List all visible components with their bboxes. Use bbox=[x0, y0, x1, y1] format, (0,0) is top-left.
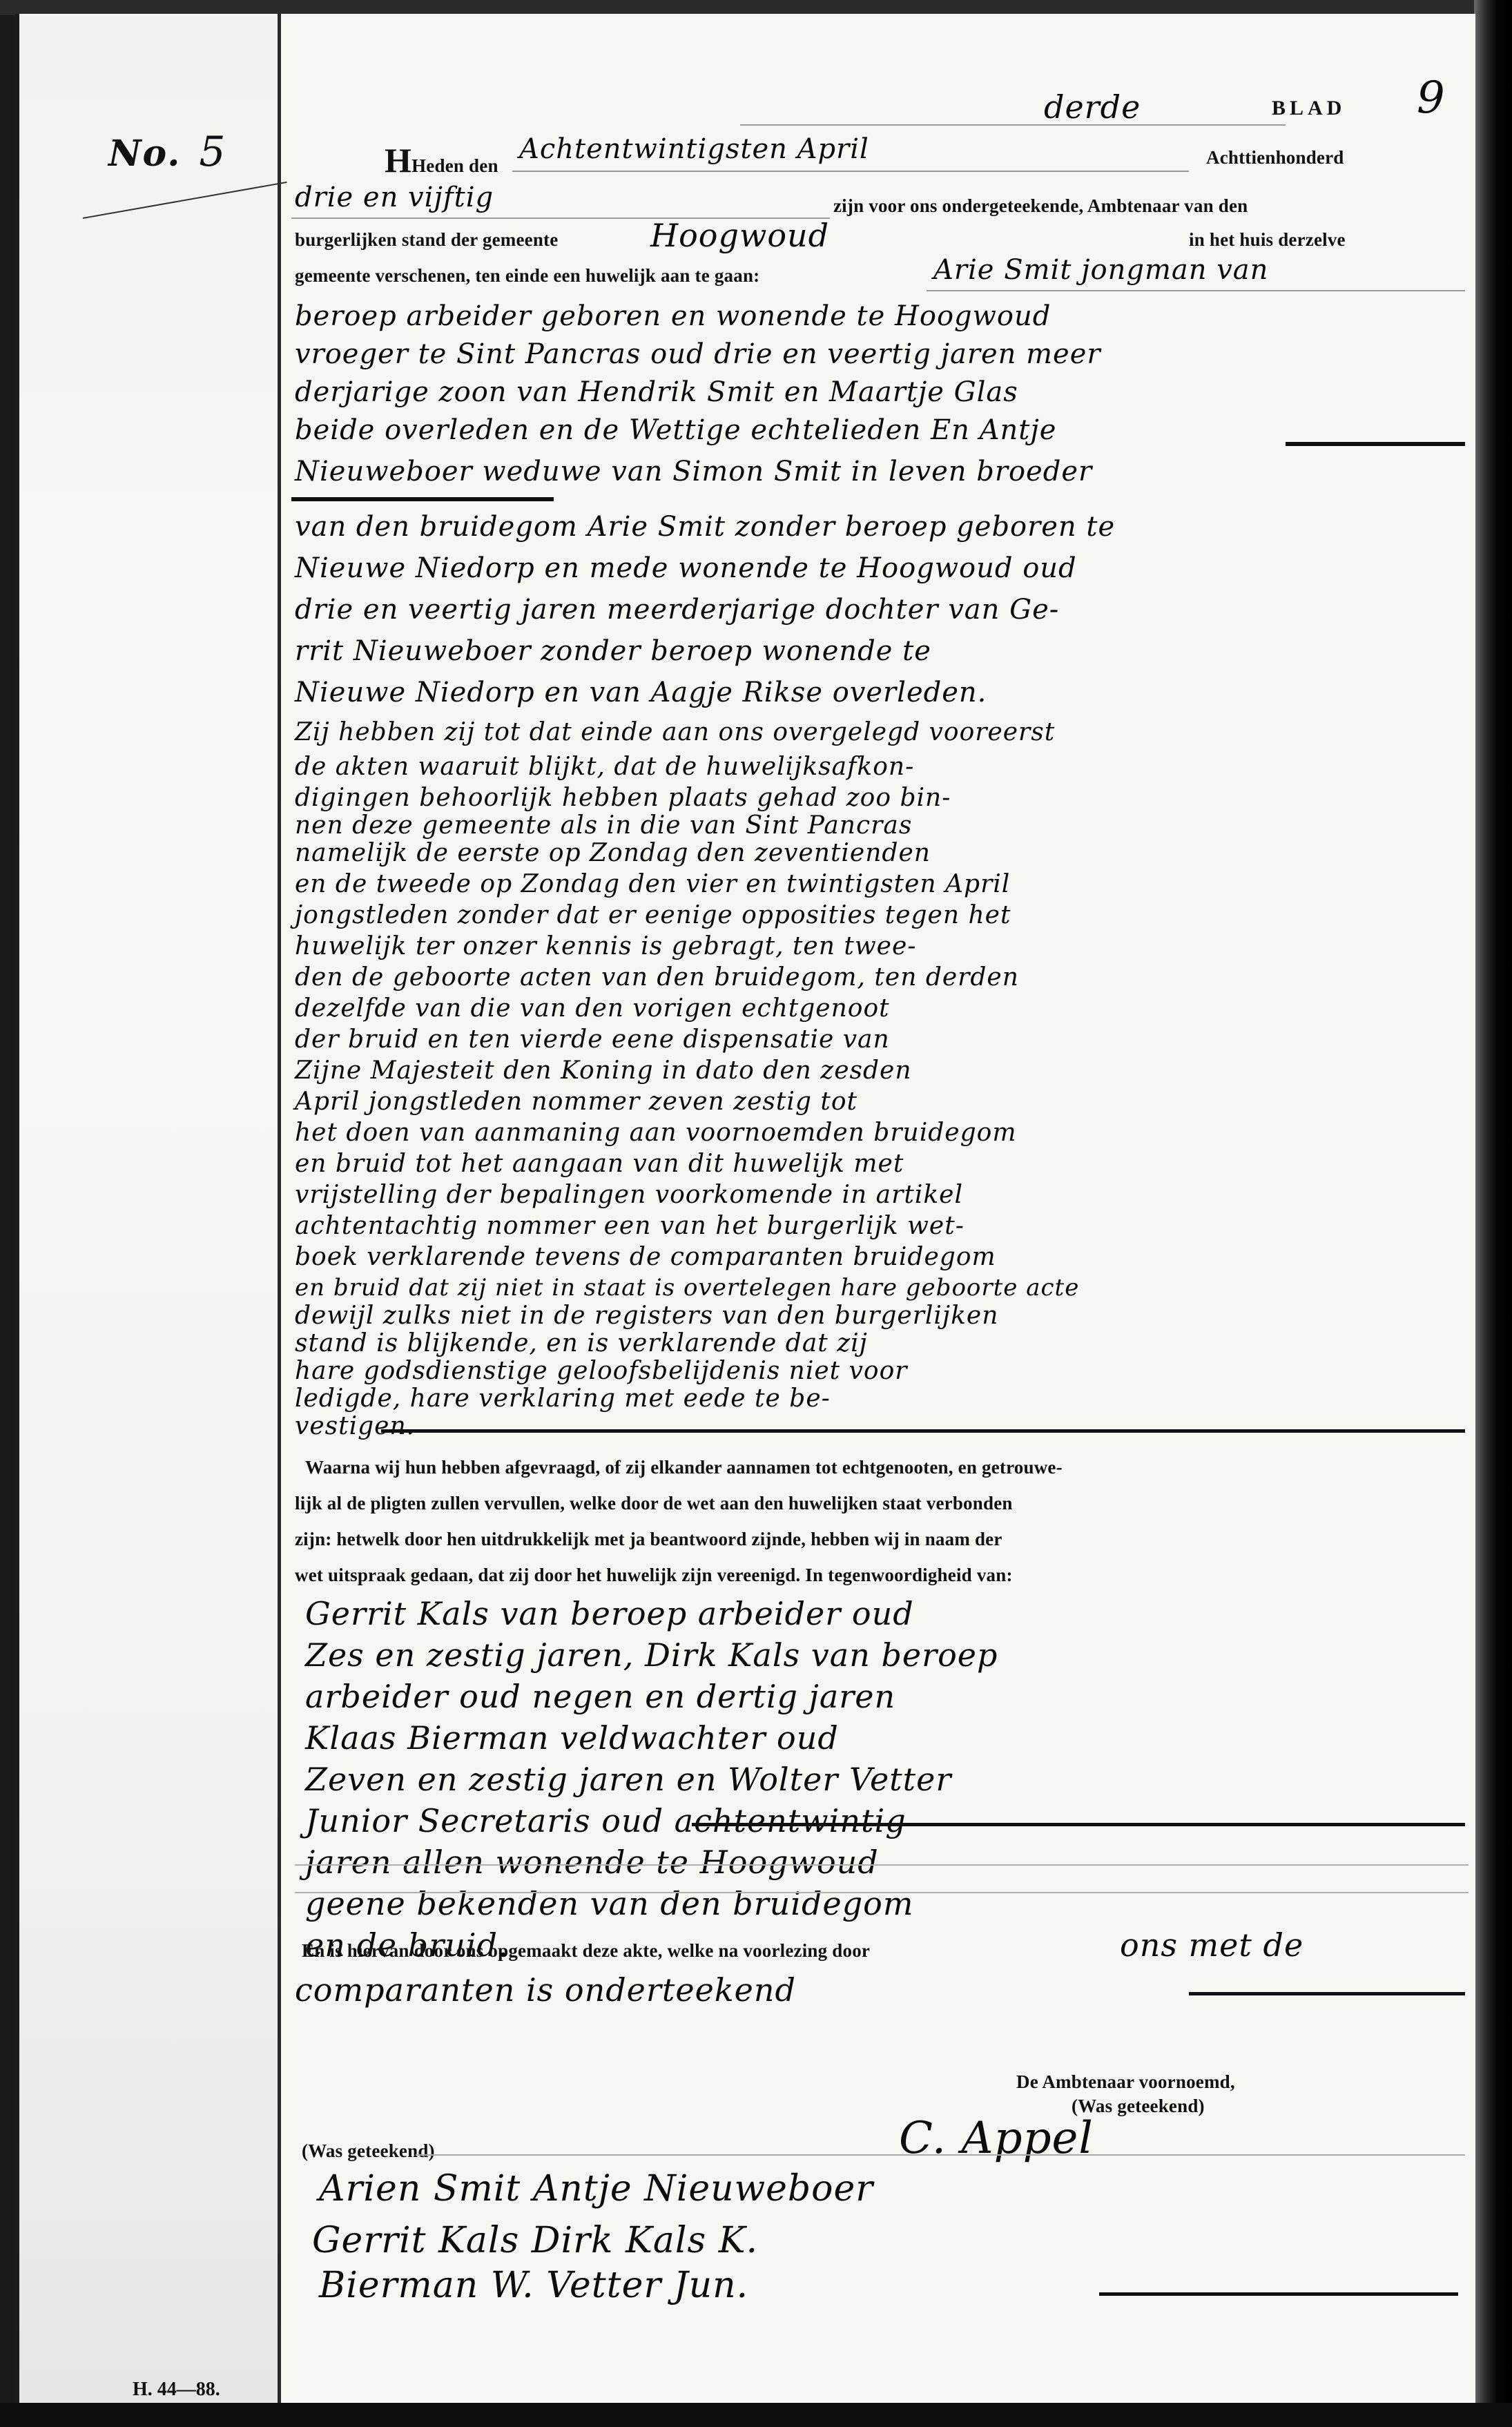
official-line-label: zijn voor ons ondergeteekende, Ambtenaar… bbox=[833, 195, 1248, 217]
scan-right-edge bbox=[1474, 0, 1512, 2427]
body-line: April jongstleden nommer zeven zestig to… bbox=[295, 1087, 857, 1116]
margin-divider-rule bbox=[278, 14, 281, 2404]
date-rule bbox=[512, 171, 1189, 172]
body-line: Nieuweboer weduwe van Simon Smit in leve… bbox=[295, 456, 1092, 487]
scan-top-edge bbox=[0, 0, 1512, 15]
body-line: beroep arbeider geboren en wonende te Ho… bbox=[295, 300, 1051, 332]
heden-den-label: HHeden den bbox=[385, 140, 498, 180]
signature-line: Gerrit Kals Dirk Kals K. bbox=[312, 2220, 758, 2261]
record-number: No.5 bbox=[108, 128, 227, 176]
record-number-label: No. bbox=[108, 133, 181, 175]
body-line: digingen behoorlijk hebben plaats gehad … bbox=[295, 784, 951, 812]
witness-line: Junior Secretaris oud achtentwintig bbox=[305, 1802, 907, 1839]
signature-line: Bierman W. Vetter Jun. bbox=[319, 2265, 748, 2306]
official-label: De Ambtenaar voornoemd, bbox=[1016, 2071, 1235, 2093]
body-line: stand is blijkende, en is verklarende da… bbox=[295, 1329, 868, 1357]
body-line: beide overleden en de Wettige echteliede… bbox=[295, 414, 1056, 446]
line-filler-bar bbox=[291, 497, 554, 501]
municipality-handwritten: Hoogwoud bbox=[650, 217, 829, 254]
body-line: huwelijk ter onzer kennis is gebragt, te… bbox=[295, 932, 916, 960]
sheet-rule bbox=[740, 124, 1286, 126]
witness-line: jaren allen wonende te Hoogwoud bbox=[305, 1844, 879, 1881]
body-line: en bruid dat zij niet in staat is overte… bbox=[295, 1274, 1079, 1302]
body-line: het doen van aanmaning aan voornoemden b… bbox=[295, 1119, 1016, 1147]
achttienhonderd-label: Achttienhonderd bbox=[1206, 147, 1344, 168]
record-number-value: 5 bbox=[199, 128, 226, 176]
body-line: dewijl zulks niet in de registers van de… bbox=[295, 1302, 998, 1330]
gemeente-label: burgerlijken stand der gemeente bbox=[295, 229, 558, 251]
header-line-2: drie en vijftig zijn voor ons ondergetee… bbox=[291, 183, 1465, 224]
year-handwritten: drie en vijftig bbox=[295, 182, 494, 213]
vow-paragraph-line: wet uitspraak gedaan, dat zij door het h… bbox=[295, 1565, 1013, 1586]
body-line: ledigde, hare verklaring met eede te be- bbox=[295, 1384, 831, 1413]
closing-handwritten-1: ons met de bbox=[1120, 1926, 1303, 1964]
blank-rule bbox=[295, 1892, 1469, 1893]
outer-border-rule bbox=[15, 14, 19, 2404]
vow-paragraph-line: lijk al de pligten zullen vervullen, wel… bbox=[295, 1493, 1013, 1514]
witness-line: geene bekenden van den bruidegom bbox=[305, 1885, 913, 1922]
record-body: derde BLAD 9 HHeden den Achtentwintigste… bbox=[291, 14, 1465, 2404]
signature-rule bbox=[416, 2154, 1465, 2156]
left-margin-column: No.5 H. 44—88. bbox=[15, 14, 278, 2404]
body-line: vroeger te Sint Pancras oud drie en veer… bbox=[295, 338, 1101, 370]
sheet-label: BLAD bbox=[1272, 97, 1346, 120]
body-line: drie en veertig jaren meerderjarige doch… bbox=[295, 594, 1059, 626]
body-line: jongstleden zonder dat er eenige opposit… bbox=[295, 901, 1011, 929]
body-line: boek verklarende tevens de comparanten b… bbox=[295, 1243, 996, 1271]
body-line: der bruid en ten vierde eene dispensatie… bbox=[295, 1025, 890, 1054]
line-filler-bar bbox=[1189, 1992, 1465, 1995]
body-line: nen deze gemeente als in die van Sint Pa… bbox=[295, 811, 912, 840]
body-line: namelijk de eerste op Zondag den zeventi… bbox=[295, 839, 931, 867]
sheet-number-handwritten: derde bbox=[1044, 88, 1141, 126]
body-line: hare godsdienstige geloofsbelijdenis nie… bbox=[295, 1357, 907, 1385]
signature-line: Arien Smit Antje Nieuweboer bbox=[319, 2168, 873, 2210]
body-line: vestigen. bbox=[295, 1412, 415, 1440]
body-line: Nieuwe Niedorp en van Aagje Rikse overle… bbox=[295, 677, 987, 708]
body-line: Nieuwe Niedorp en mede wonende te Hoogwo… bbox=[295, 552, 1077, 584]
folio-mark: 9 bbox=[1417, 72, 1446, 124]
date-handwritten: Achtentwintigsten April bbox=[519, 133, 869, 165]
body-line: van den bruidegom Arie Smit zonder beroe… bbox=[295, 511, 1115, 543]
huis-derzelve-label: in het huis derzelve bbox=[1189, 229, 1346, 251]
body-line: Zij hebben zij tot dat einde aan ons ove… bbox=[295, 718, 1055, 746]
document-page: No.5 H. 44—88. derde BLAD 9 HHeden den A… bbox=[15, 14, 1475, 2404]
closing-handwritten-2: comparanten is onderteekend bbox=[295, 1971, 796, 2009]
body-line: vrijstelling der bepalingen voorkomende … bbox=[295, 1181, 963, 1209]
body-line: den de geboorte acten van den bruidegom,… bbox=[295, 963, 1019, 992]
witness-line: arbeider oud negen en dertig jaren bbox=[305, 1678, 895, 1715]
parties-signed-label: (Was geteekend) bbox=[302, 2140, 435, 2162]
vow-paragraph-line: zijn: hetwelk door hen uitdrukkelijk met… bbox=[295, 1529, 1002, 1550]
scan-bottom-edge bbox=[0, 2403, 1512, 2427]
line-filler-bar bbox=[1286, 442, 1465, 446]
body-line: achtentachtig nommer een van het burgerl… bbox=[295, 1212, 965, 1240]
line-filler-bar bbox=[1099, 2292, 1458, 2296]
line-filler-bar bbox=[381, 1429, 1465, 1433]
witness-line: Zeven en zestig jaren en Wolter Vetter bbox=[305, 1761, 951, 1798]
margin-flourish bbox=[83, 182, 287, 219]
body-line: derjarige zoon van Hendrik Smit en Maart… bbox=[295, 376, 1018, 408]
form-code: H. 44—88. bbox=[133, 2379, 220, 2401]
blank-rule bbox=[295, 1864, 1469, 1866]
verschenen-label: gemeente verschenen, ten einde een huwel… bbox=[295, 265, 759, 287]
witness-line: Zes en zestig jaren, Dirk Kals van beroe… bbox=[305, 1636, 998, 1674]
header-line-1: HHeden den Achtentwintigsten April Achtt… bbox=[291, 135, 1465, 176]
body-line: en bruid tot het aangaan van dit huwelij… bbox=[295, 1150, 904, 1178]
official-signature: C. Appel bbox=[899, 2113, 1094, 2164]
witness-line: Gerrit Kals van beroep arbeider oud bbox=[305, 1595, 914, 1632]
line-filler-bar bbox=[692, 1823, 1465, 1826]
vow-paragraph-line: Waarna wij hun hebben afgevraagd, of zij… bbox=[305, 1457, 1063, 1478]
witness-line: Klaas Bierman veldwachter oud bbox=[305, 1719, 839, 1757]
body-line: rrit Nieuweboer zonder beroep wonende te bbox=[295, 635, 931, 667]
body-line: de akten waaruit blijkt, dat de huwelijk… bbox=[295, 753, 914, 781]
body-line: en de tweede op Zondag den vier en twint… bbox=[295, 870, 1010, 898]
groom-rule bbox=[927, 290, 1465, 291]
body-line: Zijne Majesteit den Koning in dato den z… bbox=[295, 1056, 912, 1085]
header-line-4: gemeente verschenen, ten einde een huwel… bbox=[291, 255, 1465, 297]
body-line: dezelfde van die van den vorigen echtgen… bbox=[295, 994, 890, 1023]
groom-name-handwritten: Arie Smit jongman van bbox=[933, 254, 1268, 286]
closing-printed: En is hiervan door ons opgemaakt deze ak… bbox=[302, 1940, 870, 1962]
